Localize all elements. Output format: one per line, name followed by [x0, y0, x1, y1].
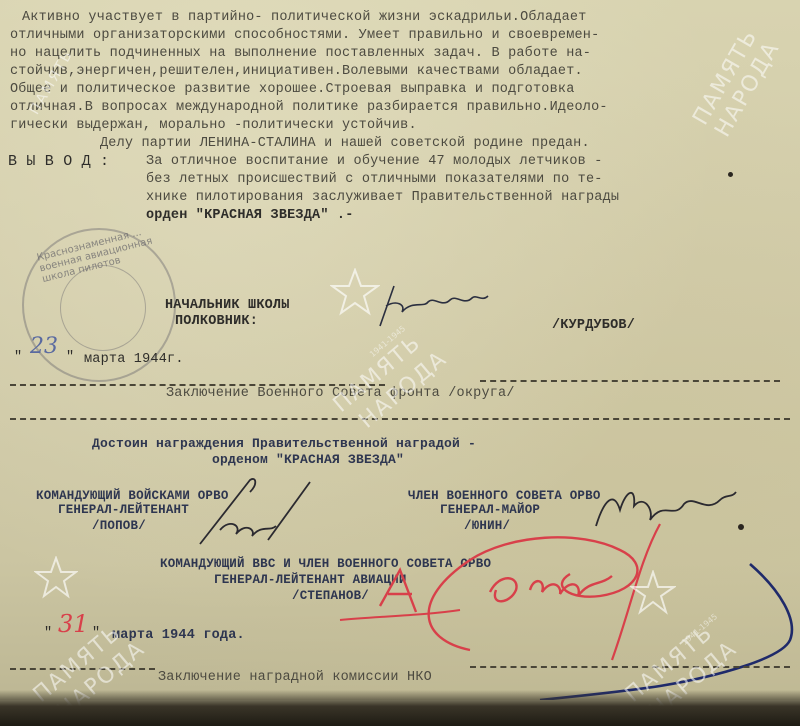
dashed-rule: [10, 418, 790, 420]
watermark-star-icon: [630, 570, 676, 616]
chief-title: НАЧАЛЬНИК ШКОЛЫ: [165, 298, 290, 314]
date-day-handwritten: 23: [30, 334, 58, 359]
text-line: отличными организаторскими способностями…: [10, 28, 599, 44]
left-signatory-rank: ГЕНЕРАЛ-ЛЕЙТЕНАНТ: [58, 502, 189, 518]
text-line: гически выдержан, морально -политически …: [10, 118, 417, 134]
text-line: отличная.В вопросах международной полити…: [10, 100, 608, 116]
punch-hole: [728, 172, 733, 177]
watermark-star-icon: [34, 556, 78, 600]
date-quote-open: ": [14, 350, 22, 366]
award-decision-line2: орденом "КРАСНАЯ ЗВЕЗДА": [212, 452, 404, 468]
watermark-star-icon: [330, 268, 380, 318]
chief-rank: ПОЛКОВНИК:: [175, 314, 258, 330]
text-line: но нацелить подчиненных на выполнение по…: [10, 46, 591, 62]
page-edge-shadow: [0, 690, 800, 726]
date-month-year: марта 1944г.: [84, 352, 184, 368]
right-signatory-rank: ГЕНЕРАЛ-МАЙОР: [440, 502, 540, 518]
conclusion-line: За отличное воспитание и обучение 47 мол…: [146, 154, 603, 170]
text-line: Делу партии ЛЕНИНА-СТАЛИНА и нашей совет…: [100, 136, 590, 152]
date2-quote-open: ": [44, 626, 52, 642]
conclusion-line: хнике пилотирования заслуживает Правител…: [146, 190, 619, 206]
conclusion-line: без летных происшествий с отличными пока…: [146, 172, 603, 188]
date-quote-close: ": [66, 350, 74, 366]
left-signature: [190, 474, 330, 554]
dashed-rule: [480, 380, 780, 382]
text-line: Активно участвует в партийно- политическ…: [22, 10, 587, 26]
left-signatory-name: /ПОПОВ/: [92, 518, 146, 534]
text-line: стойчив,энергичен,решителен,инициативен.…: [10, 64, 583, 80]
award-decision-line1: Достоин награждения Правительственной на…: [92, 436, 476, 452]
award-name: орден "КРАСНАЯ ЗВЕЗДА" .-: [146, 208, 354, 224]
school-stamp-inner: [60, 265, 146, 351]
text-line: Общее и политическое развитие хорошее.Ст…: [10, 82, 575, 98]
chief-signature: [372, 282, 502, 332]
chief-name: /КУРДУБОВ/: [552, 318, 635, 334]
section-award-commission: Заключение наградной комиссии НКО: [158, 670, 432, 686]
dashed-rule: [470, 666, 790, 668]
conclusion-label: В Ы В О Д :: [8, 154, 109, 170]
date2-day-handwritten: 31: [58, 610, 89, 638]
